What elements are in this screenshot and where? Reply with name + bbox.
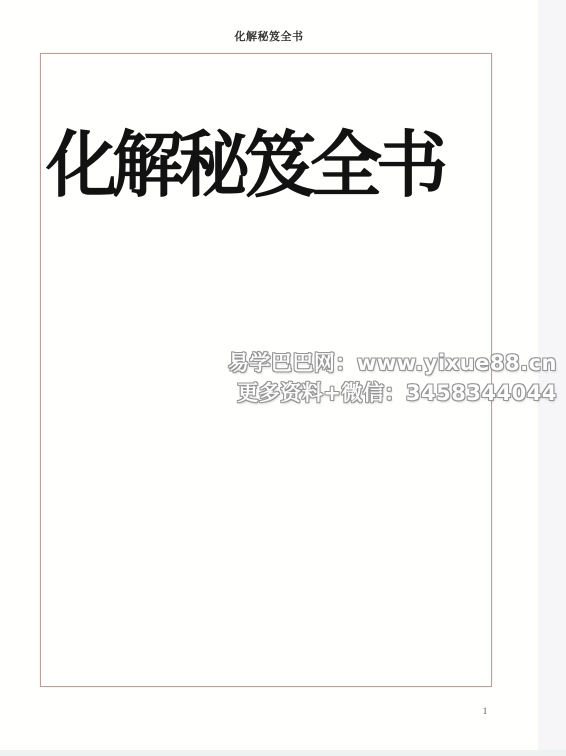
page-footer: 1 — [478, 701, 492, 719]
running-header: 化解秘笈全书 — [0, 27, 538, 45]
page-number: 1 — [483, 706, 488, 716]
cover-title: 化解秘笈全书 — [46, 126, 442, 207]
watermark-site-line: 易学巴巴网：www.yixue88.cn — [228, 348, 557, 378]
running-header-title: 化解秘笈全书 — [235, 31, 304, 43]
watermark-contact-line: 更多资料+微信：3458344044 — [228, 378, 557, 408]
watermark: 易学巴巴网：www.yixue88.cn 更多资料+微信：3458344044 — [228, 348, 557, 408]
page-bottom-edge-shading — [0, 750, 566, 756]
document-page: 化解秘笈全书 化解秘笈全书 易学巴巴网：www.yixue88.cn 更多资料+… — [0, 0, 566, 756]
